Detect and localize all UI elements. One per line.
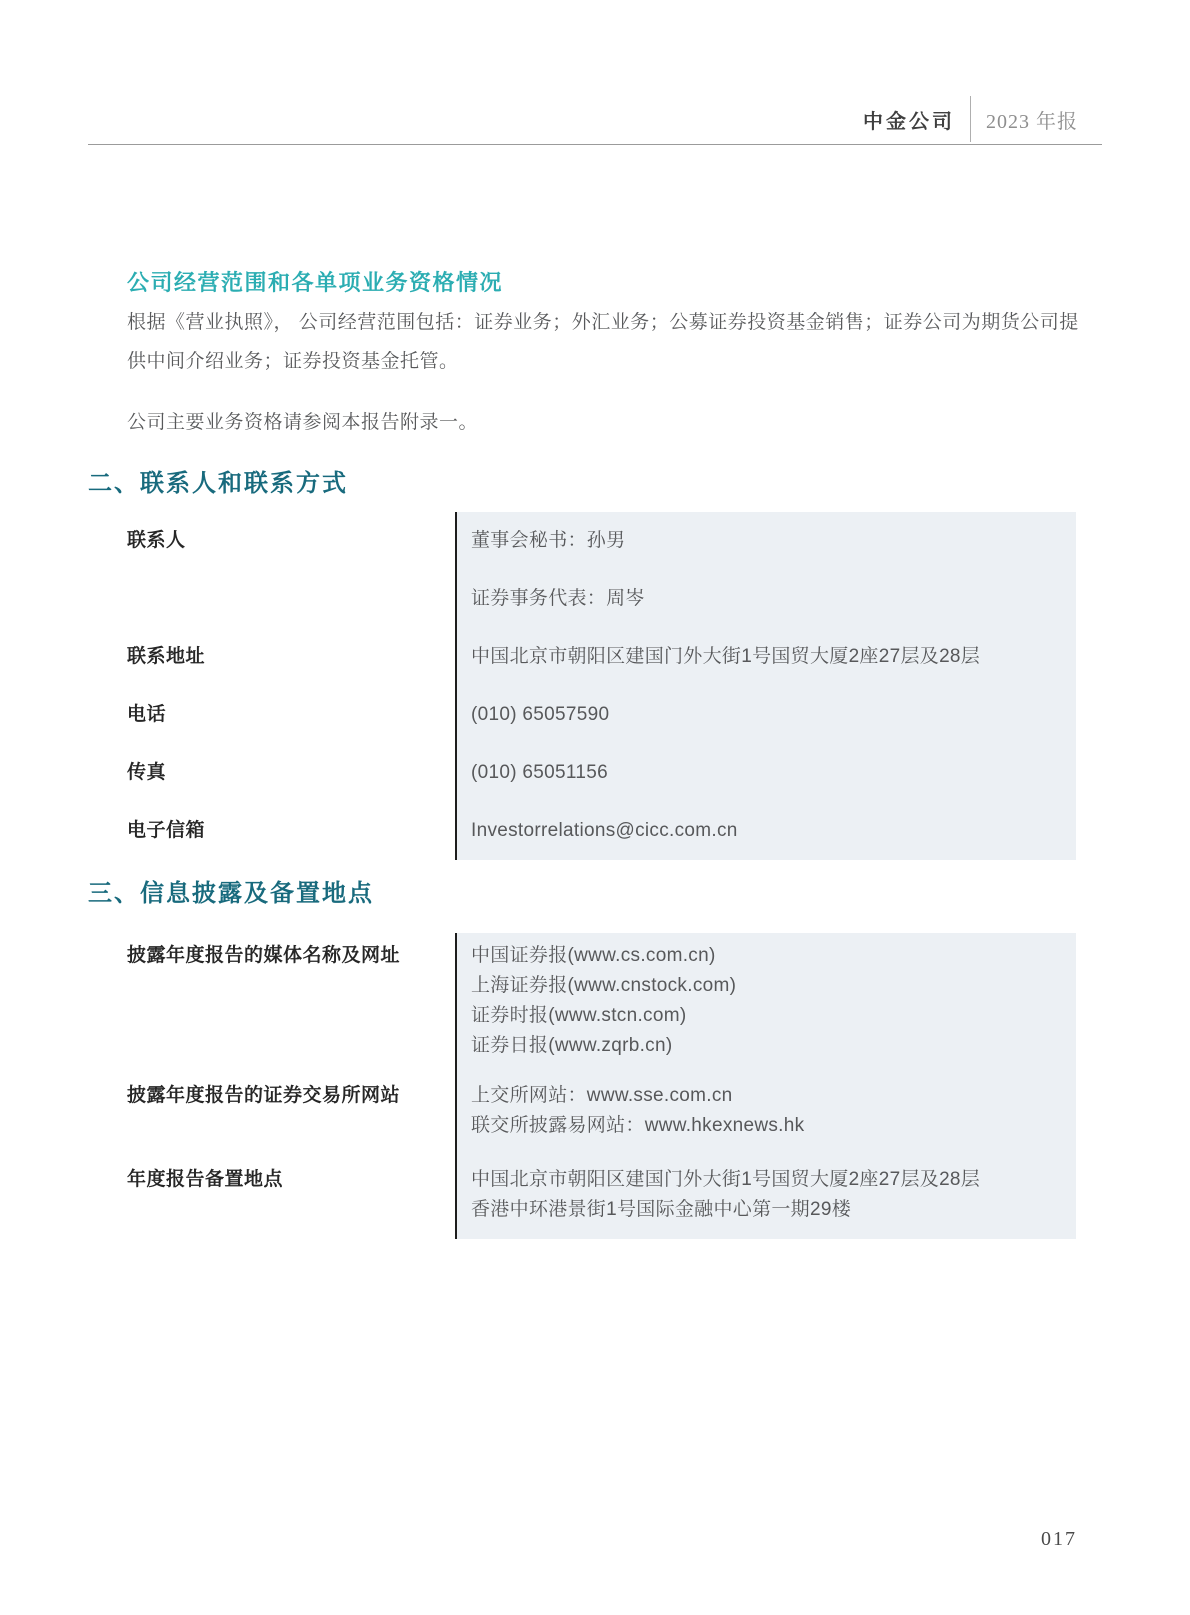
running-header: 中金公司 2023 年报	[863, 96, 1078, 142]
business-scope-heading: 公司经营范围和各单项业务资格情况	[127, 266, 503, 297]
appendix-paragraph: 公司主要业务资格请参阅本报告附录一。	[127, 403, 1089, 442]
row-value: 上交所网站：www.sse.com.cn 联交所披露易网站：www.hkexne…	[455, 1073, 1076, 1157]
report-page: 中金公司 2023 年报 公司经营范围和各单项业务资格情况 根据《营业执照》， …	[0, 0, 1190, 1615]
row-label: 披露年度报告的媒体名称及网址	[127, 933, 455, 1073]
table-row: 联系地址 中国北京市朝阳区建国门外大街1号国贸大厦2座27层及28层	[127, 628, 1076, 686]
section-title-disclosure: 三、信息披露及备置地点	[88, 873, 374, 908]
row-value: Investorrelations@cicc.com.cn	[455, 802, 1076, 860]
row-value: (010) 65051156	[455, 744, 1076, 802]
business-scope-paragraph: 根据《营业执照》， 公司经营范围包括：证券业务；外汇业务；公募证券投资基金销售；…	[127, 303, 1089, 381]
row-value: (010) 65057590	[455, 686, 1076, 744]
row-label: 传真	[127, 744, 455, 802]
table-row: 传真 (010) 65051156	[127, 744, 1076, 802]
row-label: 年度报告备置地点	[127, 1157, 455, 1239]
table-row: 披露年度报告的证券交易所网站 上交所网站：www.sse.com.cn 联交所披…	[127, 1073, 1076, 1157]
table-row: 披露年度报告的媒体名称及网址 中国证券报(www.cs.com.cn) 上海证券…	[127, 933, 1076, 1073]
row-value: 董事会秘书：孙男 证券事务代表：周岑	[455, 512, 1076, 628]
disclosure-table: 披露年度报告的媒体名称及网址 中国证券报(www.cs.com.cn) 上海证券…	[127, 933, 1076, 1239]
row-label: 联系人	[127, 512, 455, 628]
row-label: 电话	[127, 686, 455, 744]
row-value: 中国北京市朝阳区建国门外大街1号国贸大厦2座27层及28层	[455, 628, 1076, 686]
table-row: 年度报告备置地点 中国北京市朝阳区建国门外大街1号国贸大厦2座27层及28层 香…	[127, 1157, 1076, 1239]
row-label: 披露年度报告的证券交易所网站	[127, 1073, 455, 1157]
page-number: 017	[1041, 1528, 1077, 1551]
company-name: 中金公司	[863, 105, 955, 134]
table-row: 电话 (010) 65057590	[127, 686, 1076, 744]
row-label: 联系地址	[127, 628, 455, 686]
section-title-contact: 二、联系人和联系方式	[88, 463, 348, 498]
table-row: 电子信箱 Investorrelations@cicc.com.cn	[127, 802, 1076, 860]
header-rule	[88, 144, 1102, 145]
row-label: 电子信箱	[127, 802, 455, 860]
contact-table: 联系人 董事会秘书：孙男 证券事务代表：周岑 联系地址 中国北京市朝阳区建国门外…	[127, 512, 1076, 860]
header-divider	[970, 96, 971, 142]
table-row: 联系人 董事会秘书：孙男 证券事务代表：周岑	[127, 512, 1076, 628]
report-title: 2023 年报	[986, 105, 1078, 134]
row-value: 中国证券报(www.cs.com.cn) 上海证券报(www.cnstock.c…	[455, 933, 1076, 1073]
row-value: 中国北京市朝阳区建国门外大街1号国贸大厦2座27层及28层 香港中环港景街1号国…	[455, 1157, 1076, 1239]
